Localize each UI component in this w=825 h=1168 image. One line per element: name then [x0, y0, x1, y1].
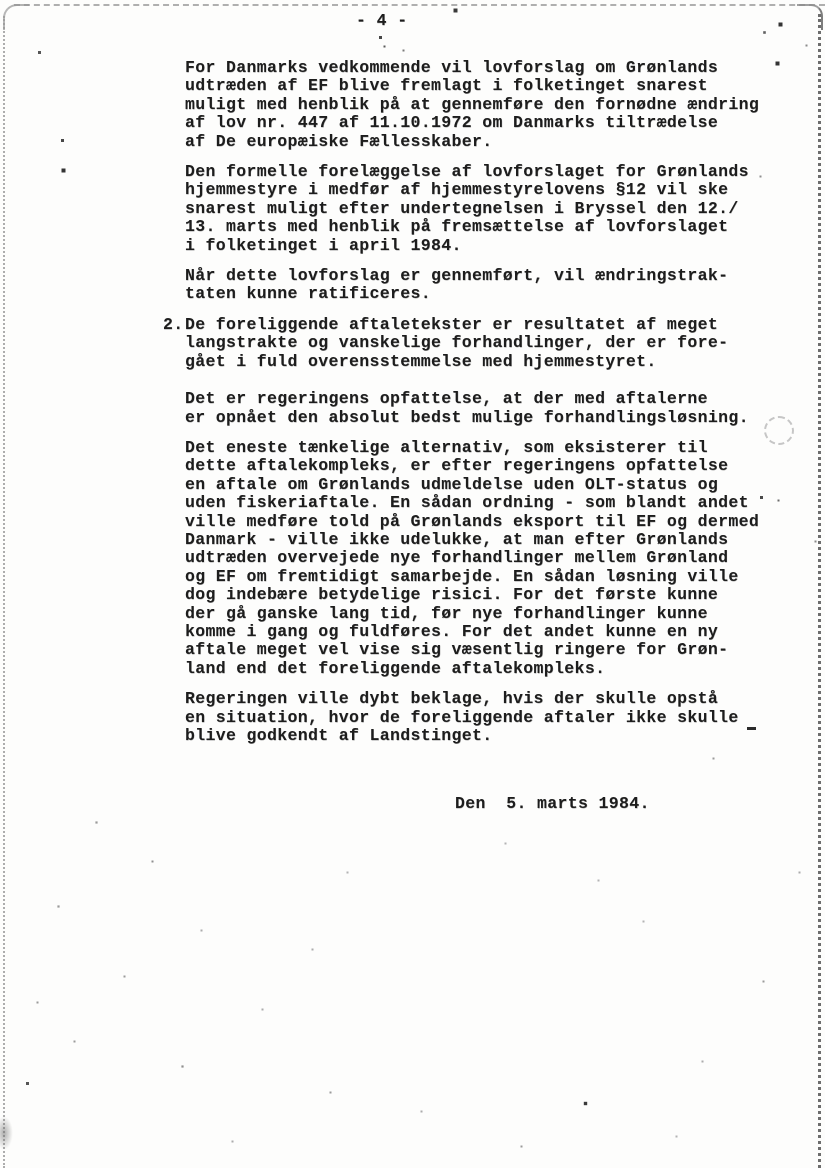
- scan-speckles: [0, 0, 1, 1]
- scan-corner-top-left: [3, 4, 29, 30]
- scan-smudge: [0, 1116, 13, 1150]
- page-number: - 4 -: [356, 11, 408, 30]
- date-line: Den 5. marts 1984.: [455, 794, 650, 813]
- paragraph-formelle-forelaeggelse: Den formelle forelæggelse af lovforslage…: [185, 163, 805, 255]
- scan-corner-top-right: [797, 4, 823, 30]
- numbered-item-2: 2. De foreliggende aftaletekster er resu…: [185, 316, 805, 371]
- scan-edge-top: [14, 4, 825, 6]
- paragraph-lovforslag-folketinget: For Danmarks vedkommende vil lovforslag …: [185, 59, 805, 151]
- paragraph-aftaletekster: De foreliggende aftaletekster er resulta…: [185, 316, 805, 371]
- stray-dash-mark: [747, 727, 756, 730]
- scan-edge-right: [818, 14, 821, 1168]
- paragraph-regeringens-opfattelse: Det er regeringens opfattelse, at der me…: [185, 390, 805, 427]
- paragraph-regeringen-beklage: Regeringen ville dybt beklage, hvis der …: [185, 690, 805, 745]
- circle-mark: [764, 416, 794, 445]
- scanned-document-page: - 4 - For Danmarks vedkommende vil lovfo…: [0, 0, 825, 1168]
- document-body: For Danmarks vedkommende vil lovforslag …: [185, 59, 805, 757]
- scan-edge-left: [3, 16, 5, 1168]
- paragraph-eneste-alternativ: Det eneste tænkelige alternativ, som eks…: [185, 439, 805, 678]
- paragraph-ratificeres: Når dette lovforslag er gennemført, vil …: [185, 267, 805, 304]
- item-number: 2.: [163, 316, 184, 334]
